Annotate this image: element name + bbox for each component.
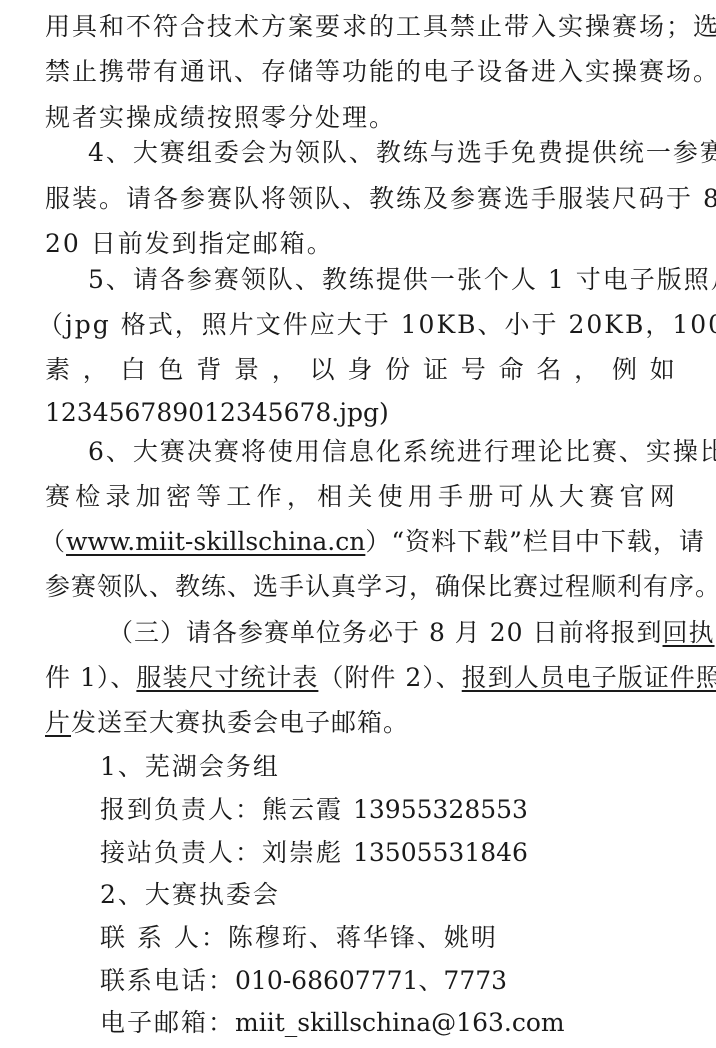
text-line: 规者实操成绩按照零分处理。 (45, 103, 675, 133)
section3-line2: 件 1）、服装尺寸统计表（附件 2）、报到人员电子版证件照 (45, 663, 675, 693)
group1-title: 1、芜湖会务组 (100, 752, 716, 782)
line-suffix: ）“资料下载”栏目中下载，请 (365, 527, 705, 556)
item5-justified-line: 素，白色背景，以身份证号命名，例如 (45, 355, 675, 385)
section3-line1: （三）请各参赛单位务必于 8 月 20 日前将报到回执（附 (108, 618, 678, 648)
committee-contacts: 联 系 人：陈穆珩、蒋华锋、姚明 (100, 923, 716, 953)
id-photos-link[interactable]: 报到人员电子版证件照 (462, 663, 716, 692)
item6-line1: 6、大赛决赛将使用信息化系统进行理论比赛、实操比 (88, 437, 676, 467)
website-link[interactable]: www.miit-skillschina.cn (66, 527, 365, 556)
section3-text: （三）请各参赛单位务必于 8 月 20 日前将报到 (108, 618, 663, 647)
label: 报到负责人： (100, 795, 262, 824)
phone: 010-68607771、7773 (235, 966, 507, 995)
text-line: 禁止携带有通讯、存储等功能的电子设备进入实操赛场。违 (45, 57, 675, 87)
item5-filename-example: 123456789012345678.jpg) (45, 398, 675, 428)
section3-text: 发送至大赛执委会电子邮箱。 (71, 708, 409, 737)
receipt-link[interactable]: 回执 (663, 618, 715, 647)
phone: 13505531846 (353, 838, 528, 867)
size-table-link[interactable]: 服装尺寸统计表 (136, 663, 318, 692)
committee-email: 电子邮箱：miit_skillschina@163.com (100, 1008, 716, 1038)
label: 联系电话： (100, 966, 235, 995)
item4-line1: 4、大赛组委会为领队、教练与选手免费提供统一参赛 (88, 138, 676, 168)
group2-title: 2、大赛执委会 (100, 880, 716, 910)
phone: 13955328553 (353, 795, 528, 824)
email[interactable]: miit_skillschina@163.com (235, 1008, 565, 1037)
item5-line2: （jpg 格式，照片文件应大于 10KB、小于 20KB，100*126 像 (38, 310, 678, 340)
section3-text: （附件 2）、 (318, 663, 461, 692)
section3-line3: 片发送至大赛执委会电子邮箱。 (45, 708, 675, 738)
item6-line3: （www.miit-skillschina.cn）“资料下载”栏目中下载，请 (40, 527, 670, 557)
names: 陈穆珩、蒋华锋、姚明 (228, 923, 498, 952)
item4-line2: 服装。请各参赛队将领队、教练及参赛选手服装尺码于 8 月 (45, 184, 675, 214)
item6-line4: 参赛领队、教练、选手认真学习，确保比赛过程顺利有序。 (45, 572, 675, 602)
label: 接站负责人： (100, 838, 262, 867)
text-line: 用具和不符合技术方案要求的工具禁止带入实操赛场；选手 (45, 12, 675, 42)
paren-open: （ (40, 527, 66, 556)
id-photos-link-cont[interactable]: 片 (45, 708, 71, 737)
label: 电子邮箱： (100, 1008, 235, 1037)
item4-line3: 20 日前发到指定邮箱。 (45, 229, 675, 259)
name: 刘崇彪 (262, 838, 343, 867)
pickup-contact: 接站负责人：刘崇彪 13505531846 (100, 838, 716, 868)
item6-justified-line: 赛检录加密等工作，相关使用手册可从大赛官网 (45, 482, 675, 512)
label: 联 系 人： (100, 923, 228, 952)
section3-text: 件 1）、 (45, 663, 136, 692)
name: 熊云霞 (262, 795, 343, 824)
item5-line1: 5、请各参赛领队、教练提供一张个人 1 寸电子版照片。 (88, 265, 676, 295)
registration-contact: 报到负责人：熊云霞 13955328553 (100, 795, 716, 825)
committee-phone: 联系电话：010-68607771、7773 (100, 966, 716, 996)
